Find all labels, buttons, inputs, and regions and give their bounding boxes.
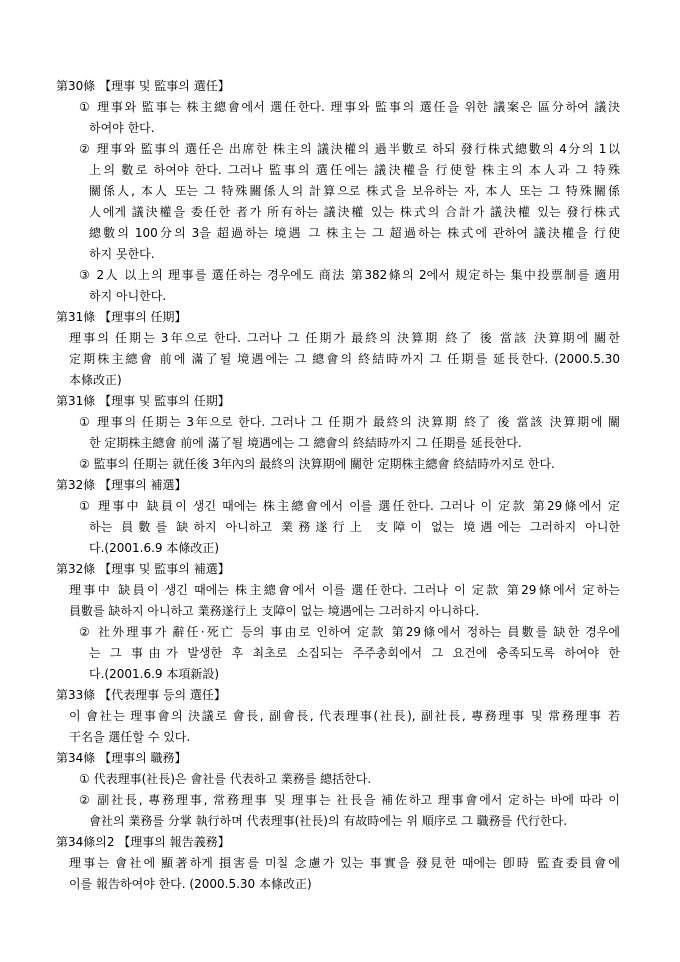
paragraph-line: 이를 報告하여야 한다. (2000.5.30 本條改正) — [56, 874, 620, 895]
article-title: 第32條 【理事 및 監事의 補選】 — [56, 559, 620, 580]
paragraph-line: 員數를 缺하지 아니하고 業務遂行上 支障이 없는 境遇에는 그러하지 아니하다… — [56, 601, 620, 622]
paragraph-line: 干名을 選任할 수 있다. — [56, 727, 620, 748]
paragraph-line: 理事中 缺員이 생긴 때에는 株主總會에서 이를 選任한다. 그러나 이 定款 … — [56, 580, 620, 601]
article-section: 第31條 【理事 및 監事의 任期】① 理事의 任期는 3年으로 한다. 그러나… — [56, 391, 620, 475]
paragraph-line: 定期株主總會 前에 滿了될 境遇에는 그 總會의 終結時까지 그 任期를 延長한… — [56, 349, 620, 370]
paragraph-line: 本條改正) — [56, 370, 620, 391]
article-title: 第33條 【代表理事 등의 選任】 — [56, 685, 620, 706]
paragraph-line: 다.(2001.6.9 本項新設) — [56, 664, 620, 685]
paragraph-line-numbered: ① 代表理事(社長)은 會社를 代表하고 業務를 總括한다. — [56, 769, 620, 790]
paragraph-line: 總數의 100分의 3을 超過하는 境遇 그 株主는 그 超過하는 株式에 관하… — [56, 223, 620, 244]
article-section: 第34條의2 【理事의 報告義務】理事는 會社에 顯著하게 損害를 미칠 念慮가… — [56, 832, 620, 895]
paragraph-line: 理事는 會社에 顯著하게 損害를 미칠 念慮가 있는 事實을 發見한 때에는 卽… — [56, 853, 620, 874]
paragraph-line-numbered: ① 理事의 任期는 3年으로 한다. 그러나 그 任期가 最終의 決算期 終了 … — [56, 412, 620, 433]
paragraph-line: 한 定期株主總會 前에 滿了될 境遇에는 그 總會의 終結時까지 그 任期를 延… — [56, 433, 620, 454]
paragraph-line: 上의 數로 하여야 한다. 그러나 監事의 選任에는 議決權을 行使할 株主의 … — [56, 160, 620, 181]
paragraph-line: 하지 아니한다. — [56, 286, 620, 307]
article-title: 第30條 【理事 및 監事의 選任】 — [56, 76, 620, 97]
article-section: 第33條 【代表理事 등의 選任】이 會社는 理事會의 決議로 會長, 副會長,… — [56, 685, 620, 748]
article-section: 第34條 【理事의 職務】① 代表理事(社長)은 會社를 代表하고 業務를 總括… — [56, 748, 620, 832]
paragraph-line-numbered: ② 理事와 監事의 選任은 出席한 株主의 議決權의 過半數로 하되 發行株式總… — [56, 139, 620, 160]
document-body: 第30條 【理事 및 監事의 選任】① 理事와 監事는 株主總會에서 選任한다.… — [56, 76, 620, 895]
paragraph-line-numbered: ② 監事의 任期는 就任後 3年內의 最終의 決算期에 關한 定期株主總會 終結… — [56, 454, 620, 475]
paragraph-line: 는 그 事由가 발생한 후 최초로 소집되는 주주총회에서 그 요건에 충족되도… — [56, 643, 620, 664]
paragraph-line: 關係人, 本人 또는 그 特殊關係人의 計算으로 株式을 보유하는 자, 本人 … — [56, 181, 620, 202]
paragraph-line-numbered: ① 理事中 缺員이 생긴 때에는 株主總會에서 이를 選任한다. 그러나 이 定… — [56, 496, 620, 517]
paragraph-line: 하는 員數를 缺하지 아니하고 業務遂行上 支障이 없는 境遇에는 그러하지 아… — [56, 517, 620, 538]
paragraph-line-numbered: ① 理事와 監事는 株主總會에서 選任한다. 理事와 監事의 選任을 위한 議案… — [56, 97, 620, 118]
article-title: 第32條 【理事의 補選】 — [56, 475, 620, 496]
paragraph-line: 다.(2001.6.9 本條改正) — [56, 538, 620, 559]
paragraph-line: 하지 못한다. — [56, 244, 620, 265]
article-section: 第32條 【理事의 補選】① 理事中 缺員이 생긴 때에는 株主總會에서 이를 … — [56, 475, 620, 559]
paragraph-line: 人에게 議決權을 委任한 者가 所有하는 議決權 있는 株式의 合計가 議決權 … — [56, 202, 620, 223]
paragraph-line-numbered: ③ 2人 以上의 理事를 選任하는 경우에도 商法 第382條의 2에서 規定하… — [56, 265, 620, 286]
paragraph-line-numbered: ② 社外理事가 辭任·死亡 등의 事由로 인하여 定款 第29條에서 정하는 員… — [56, 622, 620, 643]
article-title: 第34條의2 【理事의 報告義務】 — [56, 832, 620, 853]
paragraph-line: 하여야 한다. — [56, 118, 620, 139]
paragraph-line: 이 會社는 理事會의 決議로 會長, 副會長, 代表理事(社長), 副社長, 專… — [56, 706, 620, 727]
paragraph-line-numbered: ② 副社長, 專務理事, 常務理事 및 理事는 社長을 補佐하고 理事會에서 定… — [56, 790, 620, 811]
article-title: 第31條 【理事 및 監事의 任期】 — [56, 391, 620, 412]
article-section: 第32條 【理事 및 監事의 補選】理事中 缺員이 생긴 때에는 株主總會에서 … — [56, 559, 620, 685]
document-page: { "page": { "background": "#ffffff", "te… — [0, 0, 680, 962]
article-title: 第31條 【理事의 任期】 — [56, 307, 620, 328]
article-section: 第30條 【理事 및 監事의 選任】① 理事와 監事는 株主總會에서 選任한다.… — [56, 76, 620, 307]
article-title: 第34條 【理事의 職務】 — [56, 748, 620, 769]
paragraph-line: 會社의 業務를 分掌 執行하며 代表理事(社長)의 有故時에는 위 順序로 그 … — [56, 811, 620, 832]
paragraph-line: 理事의 任期는 3年으로 한다. 그러나 그 任期가 最終의 決算期 終了 後 … — [56, 328, 620, 349]
article-section: 第31條 【理事의 任期】理事의 任期는 3年으로 한다. 그러나 그 任期가 … — [56, 307, 620, 391]
